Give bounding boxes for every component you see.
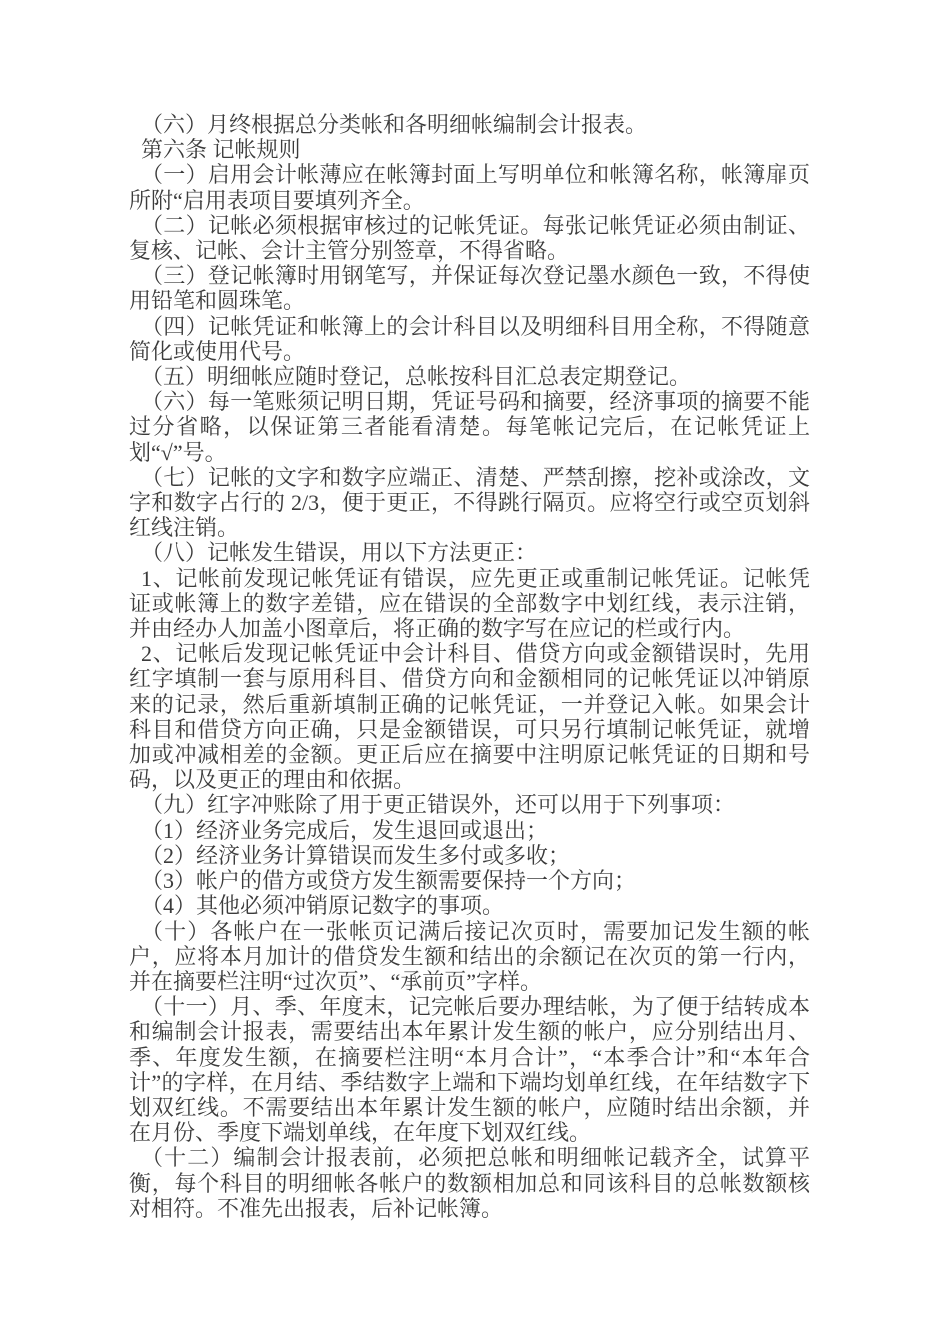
paragraph: （2）经济业务计算错误而发生多付或多收；	[129, 843, 810, 868]
paragraph: （十一）月、季、年度末，记完帐后要办理结帐，为了便于结转成本和编制会计报表，需要…	[129, 994, 810, 1145]
paragraph: （十二）编制会计报表前，必须把总帐和明细帐记载齐全，试算平衡，每个科目的明细帐各…	[129, 1145, 810, 1221]
paragraph: 1、记帐前发现记帐凭证有错误，应先更正或重制记帐凭证。记帐凭证或帐簿上的数字差错…	[129, 566, 810, 642]
paragraph: 第六条 记帐规则	[129, 137, 810, 162]
paragraph: （二）记帐必须根据审核过的记帐凭证。每张记帐凭证必须由制证、复核、记帐、会计主管…	[129, 213, 810, 263]
paragraph: （3）帐户的借方或贷方发生额需要保持一个方向；	[129, 868, 810, 893]
paragraph: （4）其他必须冲销原记数字的事项。	[129, 893, 810, 918]
paragraph: （1）经济业务完成后，发生退回或退出；	[129, 818, 810, 843]
paragraph: （六）每一笔账须记明日期，凭证号码和摘要，经济事项的摘要不能过分省略，以保证第三…	[129, 389, 810, 465]
paragraph: （五）明细帐应随时登记，总帐按科目汇总表定期登记。	[129, 364, 810, 389]
paragraph: 2、记帐后发现记帐凭证中会计科目、借贷方向或金额错误时，先用红字填制一套与原用科…	[129, 641, 810, 792]
paragraph: （三）登记帐簿时用钢笔写，并保证每次登记墨水颜色一致，不得使用铅笔和圆珠笔。	[129, 263, 810, 313]
paragraph: （九）红字冲账除了用于更正错误外，还可以用于下列事项：	[129, 792, 810, 817]
paragraph: （十）各帐户在一张帐页记满后接记次页时，需要加记发生额的帐户，应将本月加计的借贷…	[129, 919, 810, 995]
paragraph: （一）启用会计帐薄应在帐簿封面上写明单位和帐簿名称，帐簿扉页所附“启用表项目要填…	[129, 162, 810, 212]
document-text-block: （六）月终根据总分类帐和各明细帐编制会计报表。 第六条 记帐规则 （一）启用会计…	[129, 112, 810, 1221]
paragraph: （四）记帐凭证和帐簿上的会计科目以及明细科目用全称，不得随意简化或使用代号。	[129, 314, 810, 364]
document-page: （六）月终根据总分类帐和各明细帐编制会计报表。 第六条 记帐规则 （一）启用会计…	[0, 0, 950, 1344]
paragraph: （六）月终根据总分类帐和各明细帐编制会计报表。	[129, 112, 810, 137]
paragraph: （七）记帐的文字和数字应端正、清楚、严禁刮擦，挖补或涂改，文字和数字占行的 2/…	[129, 465, 810, 541]
paragraph: （八）记帐发生错误，用以下方法更正：	[129, 540, 810, 565]
